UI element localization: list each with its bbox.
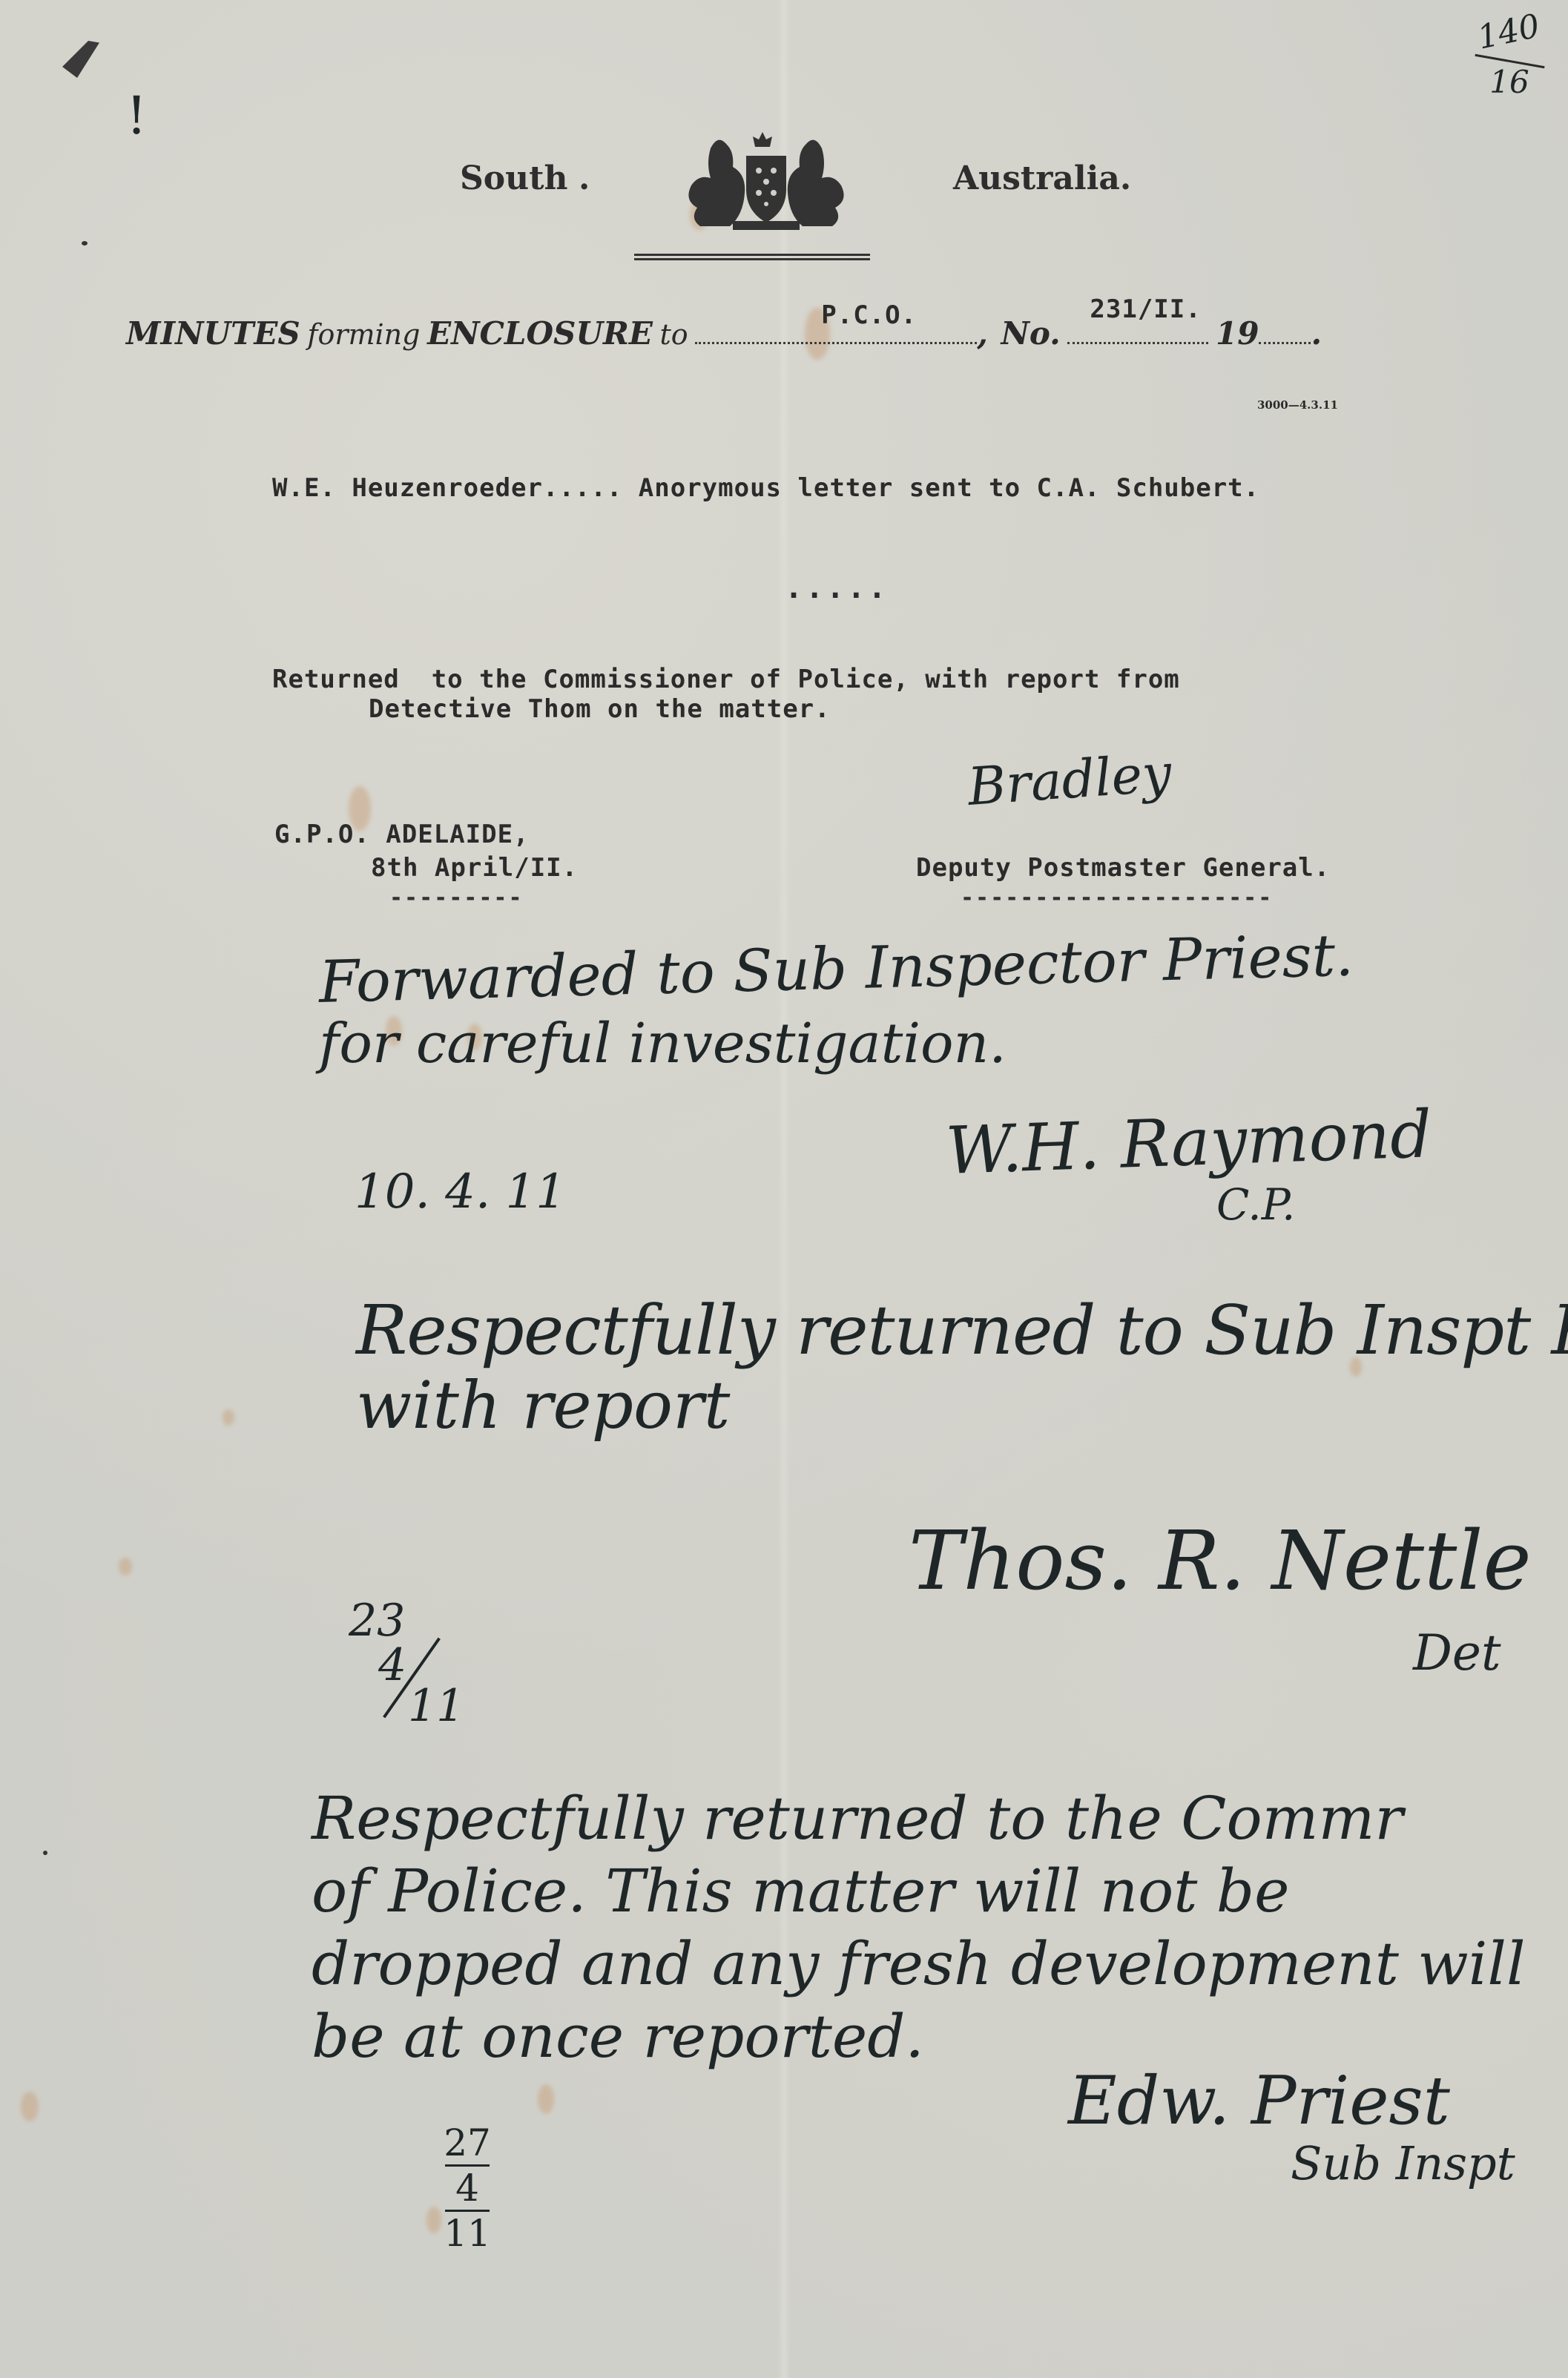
subject-line: W.E. Heuzenroeder..... Anorymous letter …	[272, 473, 1259, 503]
comma: ,	[977, 315, 988, 352]
dispatch-underline: ---------	[389, 885, 524, 911]
minute-1-line-2: for careful investigation.	[319, 1012, 1354, 1076]
handwritten-minute-1: Forwarded to Sub Inspector Priest. for c…	[319, 949, 1354, 1076]
foxing-stain	[21, 2092, 39, 2121]
form-header: MINUTES forming ENCLOSURE to P.C.O. , No…	[126, 315, 1387, 367]
number-field-value: 231/II.	[1090, 294, 1201, 324]
folio-bottom: 16	[1472, 64, 1546, 100]
letterhead-double-rule	[634, 254, 870, 260]
letterhead-south: South	[460, 159, 567, 197]
letterhead-separator: .	[579, 159, 590, 197]
foxing-stain	[538, 2084, 554, 2114]
minute-3-date: 27 4 11	[438, 2121, 497, 2255]
foxing-stain	[119, 1558, 132, 1575]
handwritten-minute-3: Respectfully returned to the Commr of Po…	[312, 1784, 1526, 2075]
coat-of-arms-icon	[688, 126, 844, 237]
minute-1-signature: W.H. Raymond	[944, 1096, 1433, 1189]
foxing-stain	[223, 1409, 234, 1426]
dispatch-place: G.P.O. ADELAIDE,	[274, 820, 530, 849]
year-prefix: 19	[1216, 315, 1259, 352]
minute-3-date-month: 4	[438, 2167, 497, 2210]
signatory-title: Deputy Postmaster General.	[916, 853, 1330, 883]
minute-3-date-day: 27	[438, 2121, 497, 2164]
minute-2-title: Det	[1413, 1624, 1501, 1682]
minute-3-date-year: 11	[438, 2212, 497, 2255]
minute-2-date-month: 4	[378, 1639, 406, 1691]
number-field: 231/II.	[1067, 317, 1208, 344]
folio-top: 140	[1469, 6, 1549, 59]
minute-2-date: 23 4 11	[349, 1595, 460, 1743]
letterhead-australia: Australia.	[953, 159, 1131, 197]
minute-3-signature: Edw. Priest	[1068, 2062, 1450, 2140]
to-field: P.C.O.	[695, 317, 977, 344]
enclosure-label: ENCLOSURE	[427, 315, 653, 352]
ink-blot-mark	[62, 41, 99, 78]
dispatch-date: 8th April/II.	[371, 853, 578, 883]
archive-folio-number: 140 16	[1472, 21, 1546, 100]
minute-2-date-year: 11	[408, 1680, 464, 1732]
dpmg-signature: Bradley	[966, 742, 1173, 817]
separator-dots: .....	[785, 571, 889, 605]
stray-ink-dot	[82, 241, 88, 246]
letterhead: South . Australia.	[0, 134, 1568, 230]
minute-3-title: Sub Inspt	[1291, 2136, 1515, 2190]
year-field	[1259, 342, 1311, 344]
minute-3-line-3: dropped and any fresh development will	[312, 1929, 1526, 2002]
minute-2-signature: Thos. R. Nettle	[909, 1513, 1532, 1608]
minute-2-line-2: with report	[356, 1367, 1568, 1443]
to-label: to	[660, 318, 688, 351]
typed-minute-line-1: Returned to the Commissioner of Police, …	[272, 665, 1180, 694]
handwritten-minute-2: Respectfully returned to Sub Inspt Pries…	[356, 1291, 1568, 1443]
minute-1-line-1: Forwarded to Sub Inspector Priest.	[318, 922, 1354, 1015]
forming-label: forming	[307, 318, 420, 351]
minute-2-line-1: Respectfully returned to Sub Inspt Pries…	[356, 1291, 1568, 1370]
form-code: 3000—4.3.11	[1257, 398, 1338, 412]
minute-1-date: 10. 4. 11	[355, 1165, 566, 1219]
minute-1-title: C.P.	[1216, 1179, 1295, 1230]
to-field-value: P.C.O.	[821, 300, 917, 330]
signatory-title-underline: ---------------------	[961, 885, 1273, 911]
minute-3-line-2: of Police. This matter will not be	[312, 1857, 1526, 1929]
stray-ink-dot	[43, 1851, 47, 1855]
minute-3-line-1: Respectfully returned to the Commr	[312, 1784, 1526, 1857]
minutes-label: MINUTES	[126, 315, 300, 352]
no-label: No.	[1001, 315, 1061, 352]
typed-minute-line-2: Detective Thom on the matter.	[369, 694, 831, 724]
